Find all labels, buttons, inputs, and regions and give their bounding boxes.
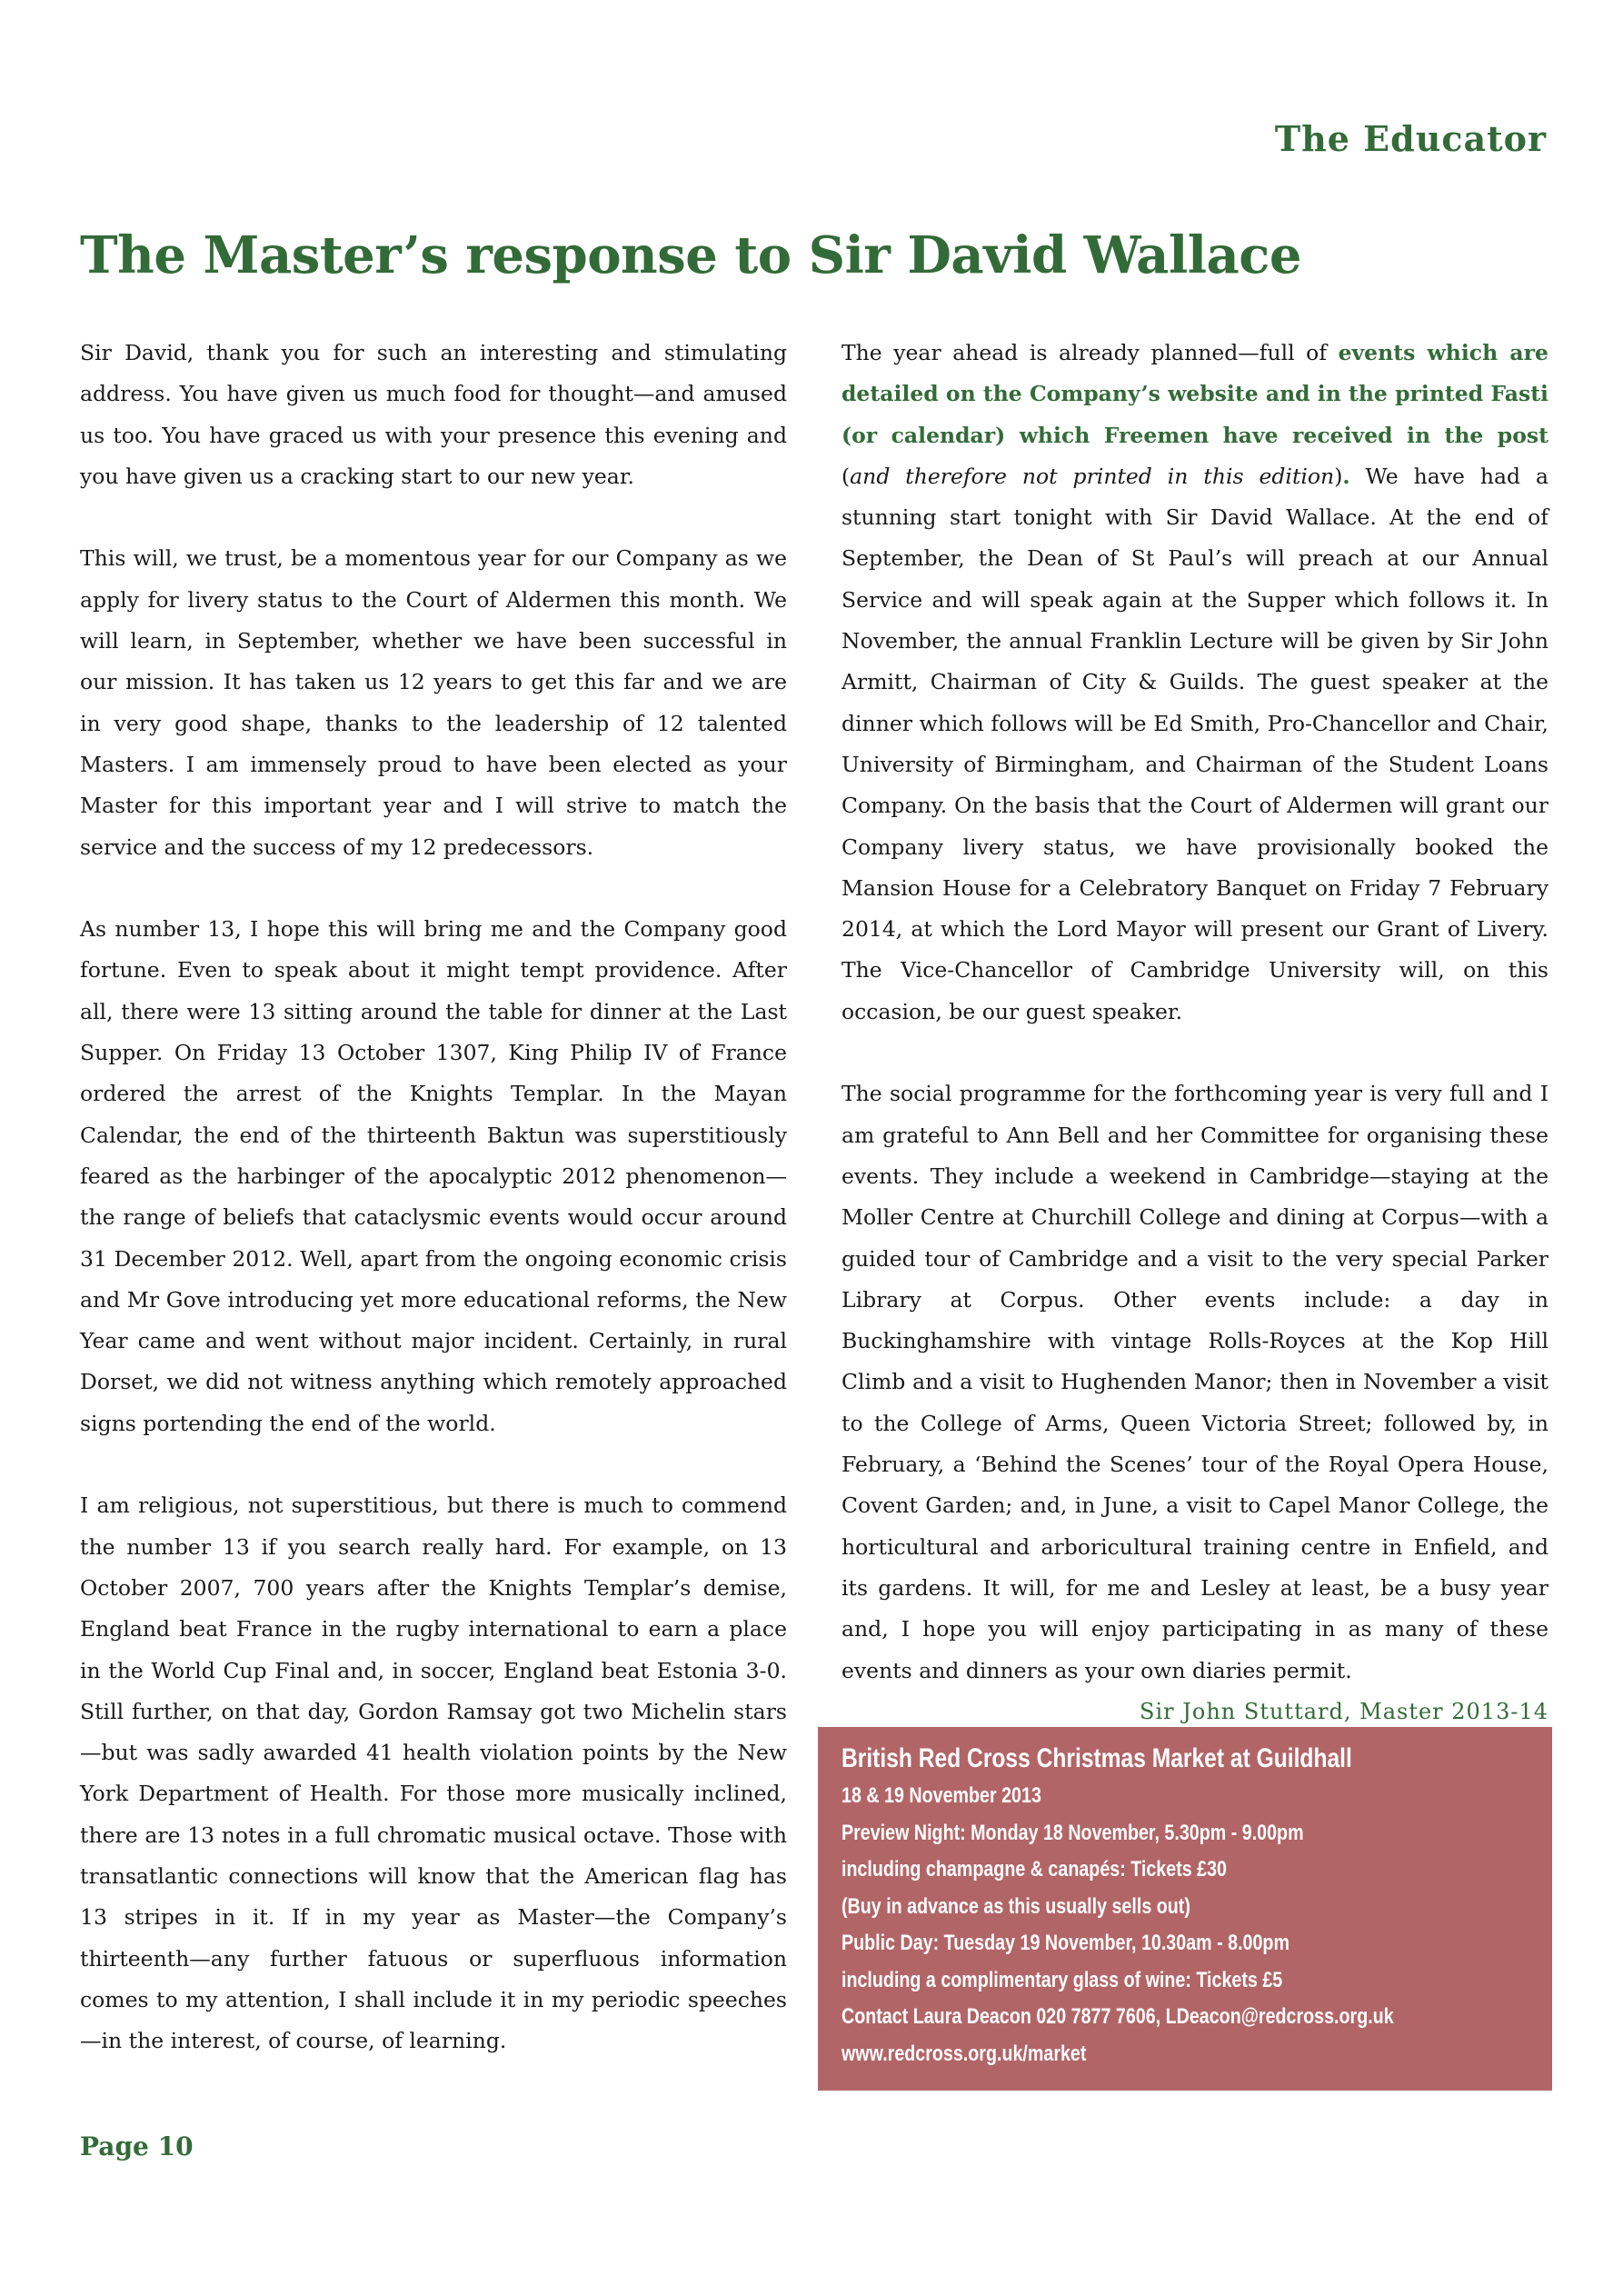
article-title: The Master’s response to Sir David Walla… (80, 225, 1301, 285)
notice-title: British Red Cross Christmas Market at Gu… (841, 1740, 1405, 1778)
period: . (1342, 464, 1349, 489)
paragraph-rest: We have had a stunning start tonight wit… (841, 464, 1548, 1024)
paragraph: As number 13, I hope this will bring me … (80, 909, 787, 1444)
paragraph: Sir David, thank you for such an interes… (80, 333, 787, 497)
paragraph: The year ahead is already planned—full o… (841, 333, 1548, 1033)
page-number: Page 10 (80, 2131, 194, 2161)
right-column: The year ahead is already planned—full o… (841, 333, 1548, 1732)
paren: ( (841, 464, 850, 489)
italic-note: and therefore not printed in this editio… (850, 464, 1334, 489)
notice-line: including champagne & canapés: Tickets £… (841, 1852, 1405, 1889)
left-column: Sir David, thank you for such an interes… (80, 333, 787, 2103)
notice-line: (Buy in advance as this usually sells ou… (841, 1889, 1405, 1926)
notice-url: www.redcross.org.uk/market (841, 2036, 1405, 2073)
notice-contact: Contact Laura Deacon 020 7877 7606, LDea… (841, 1999, 1405, 2036)
paragraph: The social programme for the forthcoming… (841, 1073, 1548, 1691)
notice-line: Public Day: Tuesday 19 November, 10.30am… (841, 1925, 1405, 1962)
notice-line: including a complimentary glass of wine:… (841, 1962, 1405, 2000)
paragraph-intro: The year ahead is already planned—full o… (841, 340, 1339, 365)
notice-line: Preview Night: Monday 18 November, 5.30p… (841, 1815, 1405, 1852)
notice-line: 18 & 19 November 2013 (841, 1778, 1405, 1815)
publication-header: The Educator (1275, 118, 1547, 159)
red-cross-notice-box: British Red Cross Christmas Market at Gu… (818, 1727, 1552, 2091)
paren: ) (1334, 464, 1342, 489)
paragraph: I am religious, not superstitious, but t… (80, 1485, 787, 2061)
paragraph: This will, we trust, be a momentous year… (80, 538, 787, 867)
